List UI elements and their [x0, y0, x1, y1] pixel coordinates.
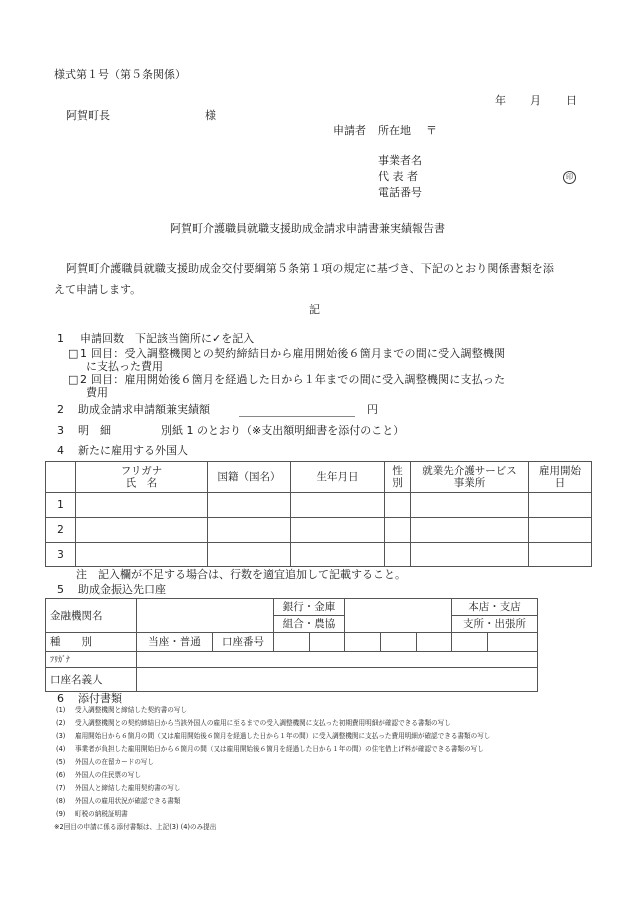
form-number: 様式第１号（第５条関係）: [54, 68, 186, 82]
name-cell[interactable]: [76, 543, 208, 567]
header-nationality: 国籍（国名）: [208, 462, 291, 493]
branch-type-sub[interactable]: 支所・出張所: [452, 616, 538, 633]
table-row: 3: [46, 543, 592, 567]
attachment-6-no: (6): [56, 771, 65, 780]
intro-line-2: えて申請します。: [54, 283, 141, 297]
nationality-cell[interactable]: [208, 543, 291, 567]
section-1-number: 1: [57, 332, 64, 346]
account-type-label: 種 別: [46, 633, 137, 652]
address-label: 所在地: [378, 124, 411, 138]
header-start-2: 日: [529, 477, 591, 489]
header-name: フリガナ氏 名: [76, 462, 208, 493]
section-6-label: 添付書類: [78, 692, 122, 706]
phone-label: 電話番号: [378, 186, 422, 200]
birthdate-cell[interactable]: [291, 493, 385, 518]
account-digit-5[interactable]: [417, 633, 452, 652]
header-facility-1: 就業先介護サービス: [411, 465, 528, 477]
account-number-label: 口座番号: [213, 633, 274, 652]
institution-name-field[interactable]: [137, 599, 274, 633]
account-holder-label: 口座名義人: [46, 668, 137, 692]
table-note: 注 記入欄が不足する場合は、行数を適宜追加して記載すること。: [76, 568, 406, 582]
document-title: 阿賀町介護職員就職支援助成金請求申請書兼実績報告書: [170, 222, 445, 236]
addressee-name: 阿賀町長: [66, 109, 110, 123]
bank-type-union[interactable]: 組合・農協: [274, 616, 345, 633]
table-row: 2: [46, 518, 592, 543]
date-day-label: 日: [566, 94, 577, 108]
amount-field[interactable]: [240, 402, 354, 416]
start-date-cell[interactable]: [529, 518, 592, 543]
row-number: 3: [46, 543, 76, 567]
branch-type-main[interactable]: 本店・支店: [452, 599, 538, 616]
section-6-number: 6: [57, 692, 64, 706]
header-furigana: フリガナ: [76, 465, 207, 477]
row-number: 2: [46, 518, 76, 543]
attachment-5-no: (5): [56, 758, 65, 767]
header-facility: 就業先介護サービス事業所: [411, 462, 529, 493]
option-2-text-cont: 費用: [86, 386, 108, 400]
attachment-7-no: (7): [56, 784, 65, 793]
section-4-label: 新たに雇用する外国人: [78, 444, 188, 458]
header-start-date: 雇用開始日: [529, 462, 592, 493]
option-2-checkbox[interactable]: □: [68, 373, 78, 387]
attachment-5-text: 外国人の在留カードの写し: [75, 758, 154, 767]
attachment-4-no: (4): [56, 745, 65, 754]
table-header-row: フリガナ氏 名 国籍（国名） 生年月日 性別 就業先介護サービス事業所 雇用開始…: [46, 462, 592, 493]
account-holder-field[interactable]: [137, 668, 538, 692]
section-1-label: 申請回数 下記該当箇所に✓を記入: [80, 332, 254, 346]
section-3-number: 3: [57, 424, 64, 438]
attachment-1-text: 受入調整機関と締結した契約書の写し: [75, 706, 187, 715]
section-4-number: 4: [57, 444, 64, 458]
table-row: 1: [46, 493, 592, 518]
header-full-name: 氏 名: [76, 477, 207, 489]
name-cell[interactable]: [76, 493, 208, 518]
bank-account-table: 金融機関名 銀行・金庫 本店・支店 組合・農協 支所・出張所 種 別 当座・普通…: [45, 598, 538, 692]
option-1-text-cont: に支払った費用: [86, 360, 163, 374]
option-1-text: 1 回目：受入調整機関との契約締結日から雇用開始後６箇月までの間に受入調整機関: [80, 347, 505, 361]
row-number: 1: [46, 493, 76, 518]
name-cell[interactable]: [76, 518, 208, 543]
furigana-label: ﾌﾘｶﾞﾅ: [46, 652, 137, 668]
section-5-number: 5: [57, 583, 64, 597]
postal-mark: 〒: [426, 124, 437, 138]
header-no: [46, 462, 76, 493]
attachment-4-text: 事業者が負担した雇用開始日から６箇月の間（又は雇用開始後６箇月を経過した日から１…: [75, 745, 484, 754]
section-2-number: 2: [57, 403, 64, 417]
birthdate-cell[interactable]: [291, 518, 385, 543]
seal-icon: 印: [563, 171, 576, 184]
facility-cell[interactable]: [411, 543, 529, 567]
facility-cell[interactable]: [411, 518, 529, 543]
header-sex-2: 別: [385, 477, 410, 489]
date-month-label: 月: [530, 94, 541, 108]
attachment-3-no: (3): [56, 732, 65, 741]
header-sex-1: 性: [385, 465, 410, 477]
date-year-label: 年: [495, 94, 506, 108]
nationality-cell[interactable]: [208, 493, 291, 518]
section-5-label: 助成金振込先口座: [78, 583, 166, 597]
addressee-honorific: 様: [205, 109, 216, 123]
attachment-9-text: 町税の納税証明書: [75, 810, 128, 819]
attachment-8-text: 外国人の雇用状況が確認できる書類: [75, 797, 181, 806]
attachment-7-text: 外国人と締結した雇用契約書の写し: [75, 784, 181, 793]
attachment-8-no: (8): [56, 797, 65, 806]
header-facility-2: 事業所: [411, 477, 528, 489]
representative-label: 代 表 者: [378, 170, 418, 184]
attachment-6-text: 外国人の住民票の写し: [75, 771, 141, 780]
header-start-1: 雇用開始: [529, 465, 591, 477]
sex-cell[interactable]: [385, 543, 411, 567]
section-2-label: 助成金請求申請額兼実績額: [78, 403, 210, 417]
attachment-2-no: (2): [56, 719, 65, 728]
sex-cell[interactable]: [385, 518, 411, 543]
section-3-value: 別紙 1 のとおり（※支出額明細書を添付のこと）: [161, 424, 404, 438]
account-digit-6[interactable]: [452, 633, 488, 652]
account-type-value[interactable]: 当座・普通: [137, 633, 213, 652]
attachment-2-text: 受入調整機関との契約締結日から当該外国人の雇用に至るまでの受入調整機関に支払った…: [75, 719, 451, 728]
facility-cell[interactable]: [411, 493, 529, 518]
amount-unit: 円: [367, 403, 378, 417]
amount-underline: [239, 416, 355, 417]
attachment-footnote: ※2回目の申請に係る添付書類は、上記(3) (4)のみ提出: [54, 823, 216, 832]
header-sex: 性別: [385, 462, 411, 493]
institution-label: 金融機関名: [46, 599, 137, 633]
attachment-1-no: (1): [56, 706, 65, 715]
sex-cell[interactable]: [385, 493, 411, 518]
furigana-field[interactable]: [137, 652, 538, 668]
bank-type-bank[interactable]: 銀行・金庫: [274, 599, 345, 616]
account-digit-4[interactable]: [381, 633, 417, 652]
intro-line-1: 阿賀町介護職員就職支援助成金交付要綱第５条第１項の規定に基づき、下記のとおり関係…: [66, 262, 554, 276]
start-date-cell[interactable]: [529, 543, 592, 567]
start-date-cell[interactable]: [529, 493, 592, 518]
account-digit-3[interactable]: [345, 633, 381, 652]
attachment-9-no: (9): [56, 810, 65, 819]
header-birthdate: 生年月日: [291, 462, 385, 493]
applicant-label: 申請者: [333, 124, 366, 138]
attachment-3-text: 雇用開始日から６箇月の間（又は雇用開始後６箇月を経過した日から１年の間）に受入調…: [75, 732, 490, 741]
option-2-text: 2 回目：雇用開始後６箇月を経過した日から１年までの間に受入調整機関に支払った: [80, 373, 505, 387]
account-digit-7[interactable]: [488, 633, 538, 652]
branch-name-field[interactable]: [345, 599, 452, 633]
birthdate-cell[interactable]: [291, 543, 385, 567]
option-1-checkbox[interactable]: □: [68, 347, 78, 361]
account-digit-1[interactable]: [274, 633, 310, 652]
nationality-cell[interactable]: [208, 518, 291, 543]
business-name-label: 事業者名: [378, 154, 422, 168]
ki-heading: 記: [309, 303, 320, 317]
foreign-workers-table: フリガナ氏 名 国籍（国名） 生年月日 性別 就業先介護サービス事業所 雇用開始…: [45, 461, 592, 567]
section-3-label: 明 細: [78, 424, 111, 438]
account-digit-2[interactable]: [310, 633, 345, 652]
